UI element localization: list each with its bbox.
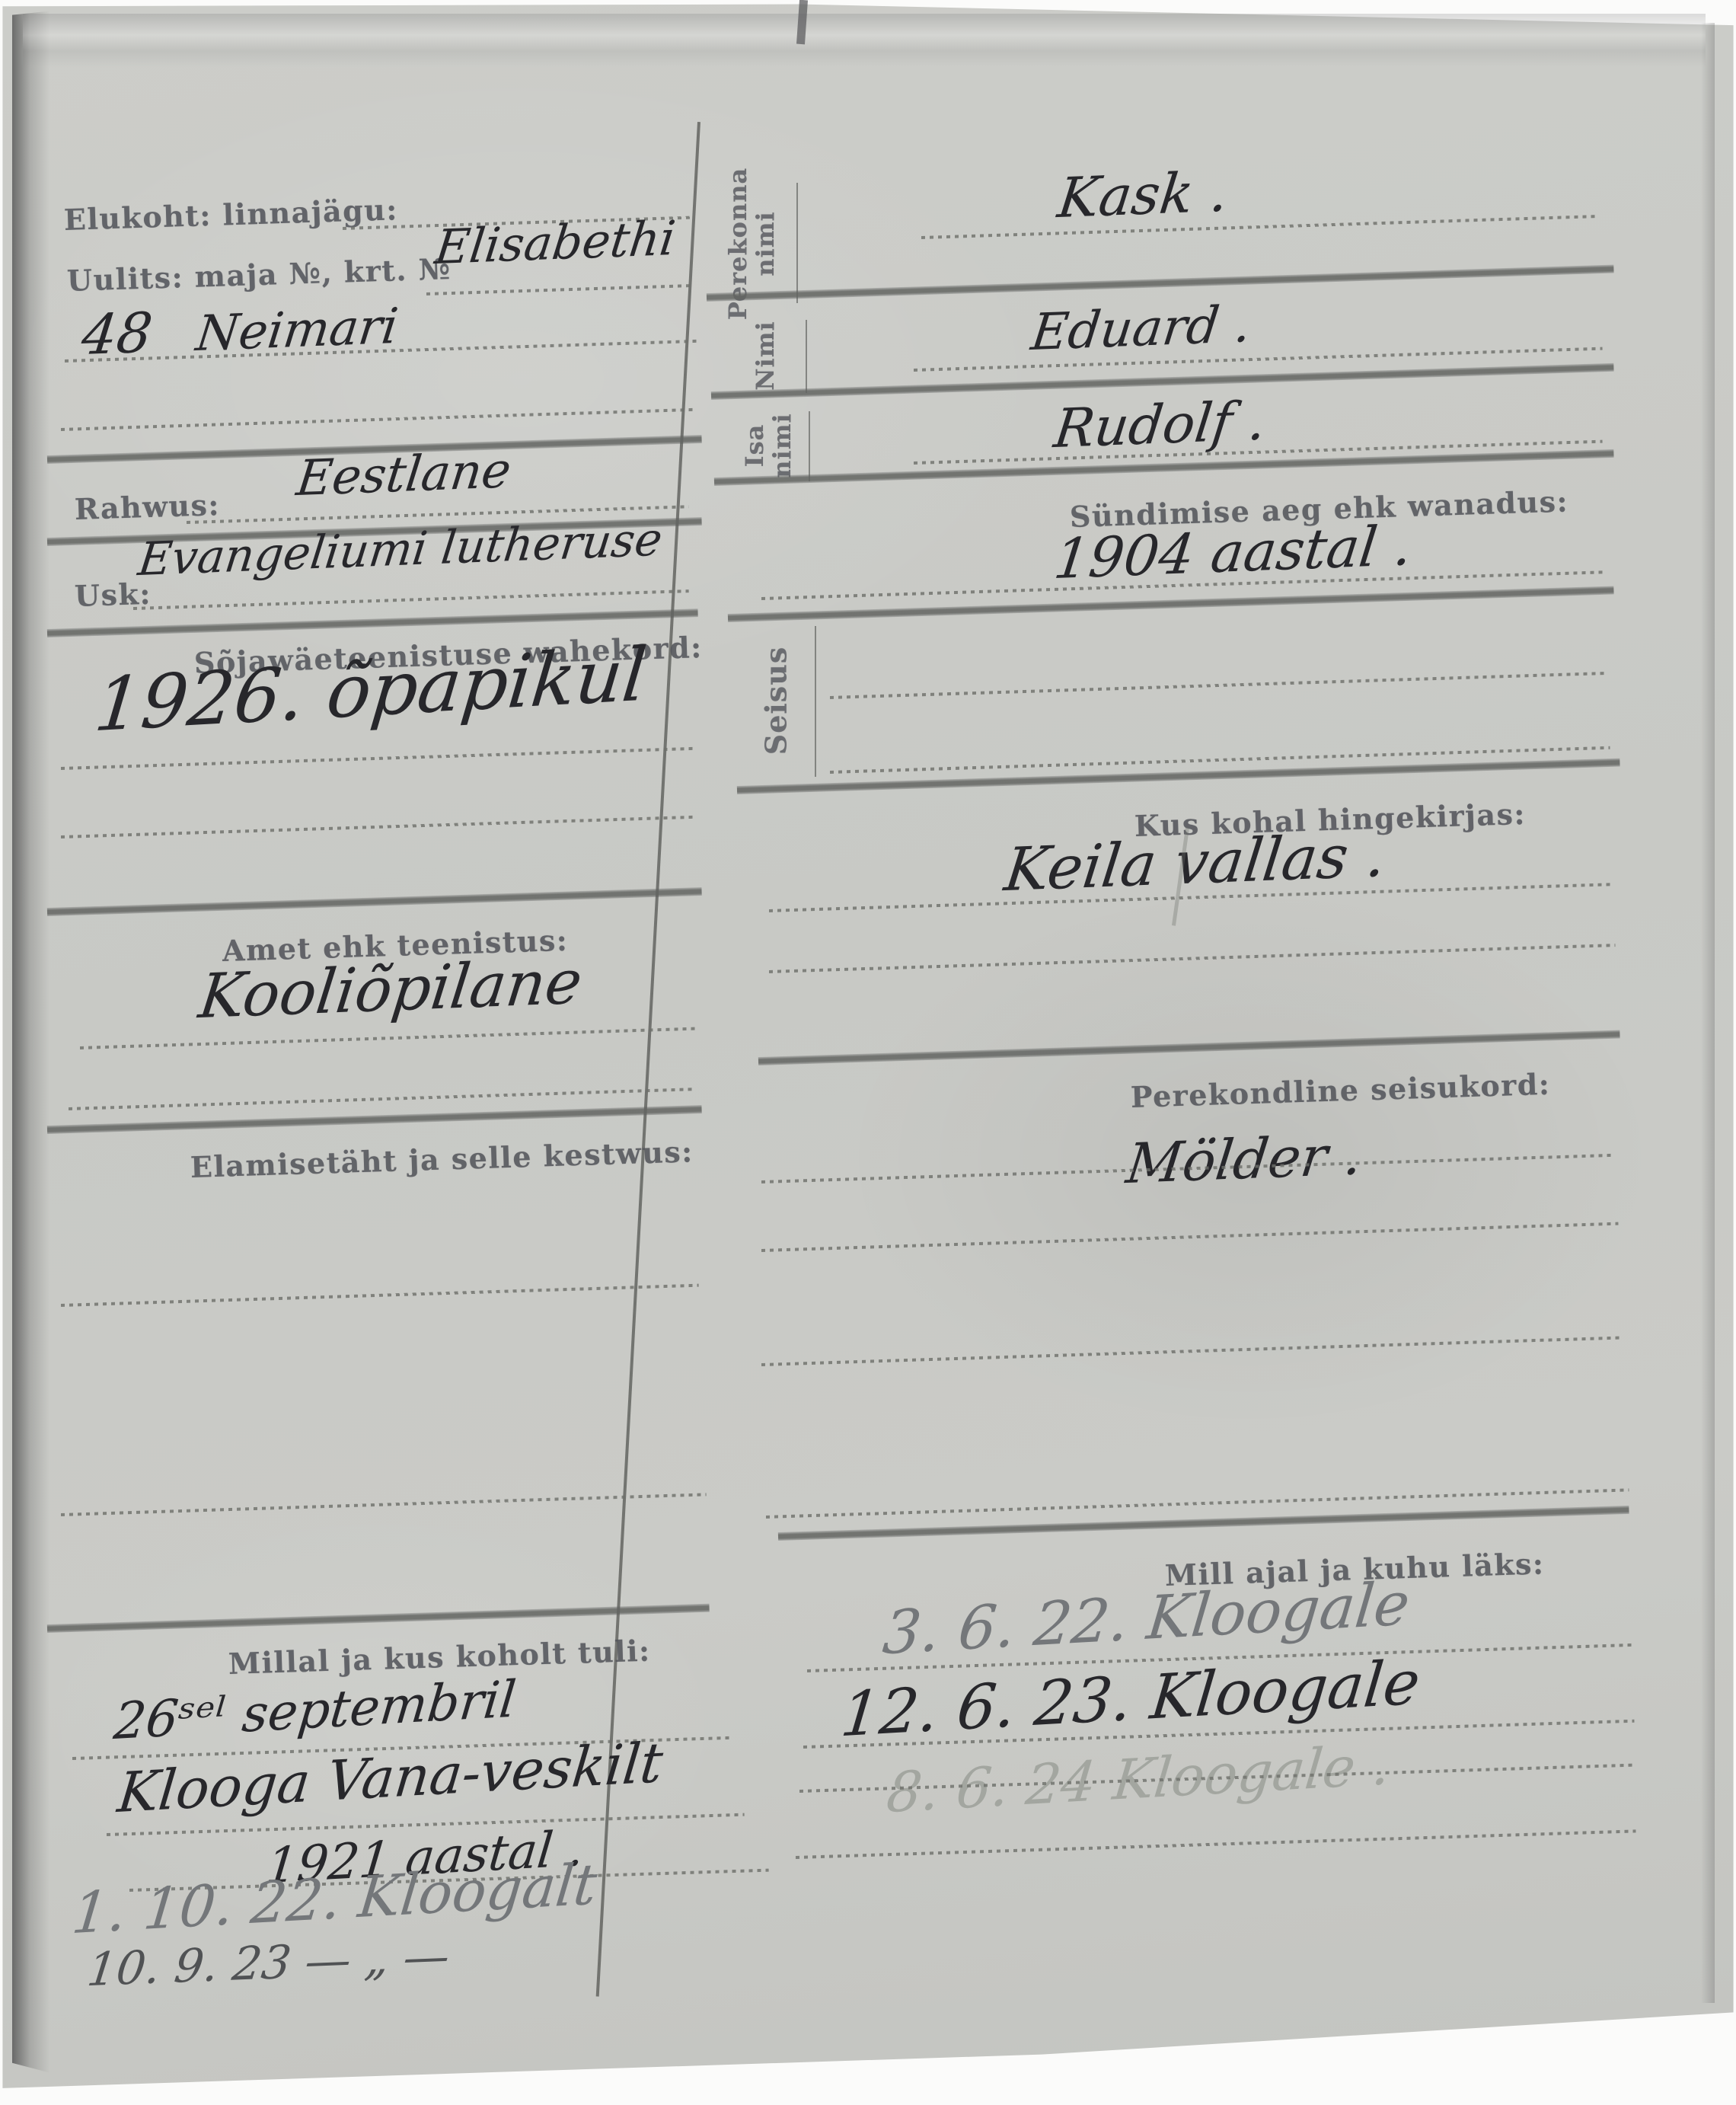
handwriting-name: Eduard . bbox=[1028, 295, 1254, 362]
handwriting-father-name: Rudolf . bbox=[1051, 389, 1269, 460]
status-strip-line bbox=[815, 626, 816, 777]
top-fold-crease bbox=[23, 14, 1706, 67]
handwriting-nationality: Eestlane bbox=[294, 442, 515, 507]
surname-side-label: Perekonna nimi bbox=[725, 149, 780, 339]
right-edge-shadow bbox=[1701, 23, 1715, 2003]
surname-strip-line bbox=[796, 183, 798, 303]
handwriting-surname: Kask . bbox=[1055, 159, 1232, 230]
handwriting-street-name: Elisabethi bbox=[432, 210, 678, 275]
handwriting-family-status: Mölder . bbox=[1123, 1123, 1366, 1196]
left-edge-shadow bbox=[12, 5, 52, 2084]
name-strip-line bbox=[806, 320, 807, 393]
handwriting-occupation: Kooliõpilane bbox=[195, 946, 586, 1032]
father-strip-line bbox=[809, 411, 810, 481]
status-side-label: Seisus bbox=[761, 647, 793, 755]
name-side-label: Nimi bbox=[752, 321, 780, 390]
scanned-register-card: { "colors": { "paper": "#c9cac5", "ink":… bbox=[0, 0, 1736, 2105]
